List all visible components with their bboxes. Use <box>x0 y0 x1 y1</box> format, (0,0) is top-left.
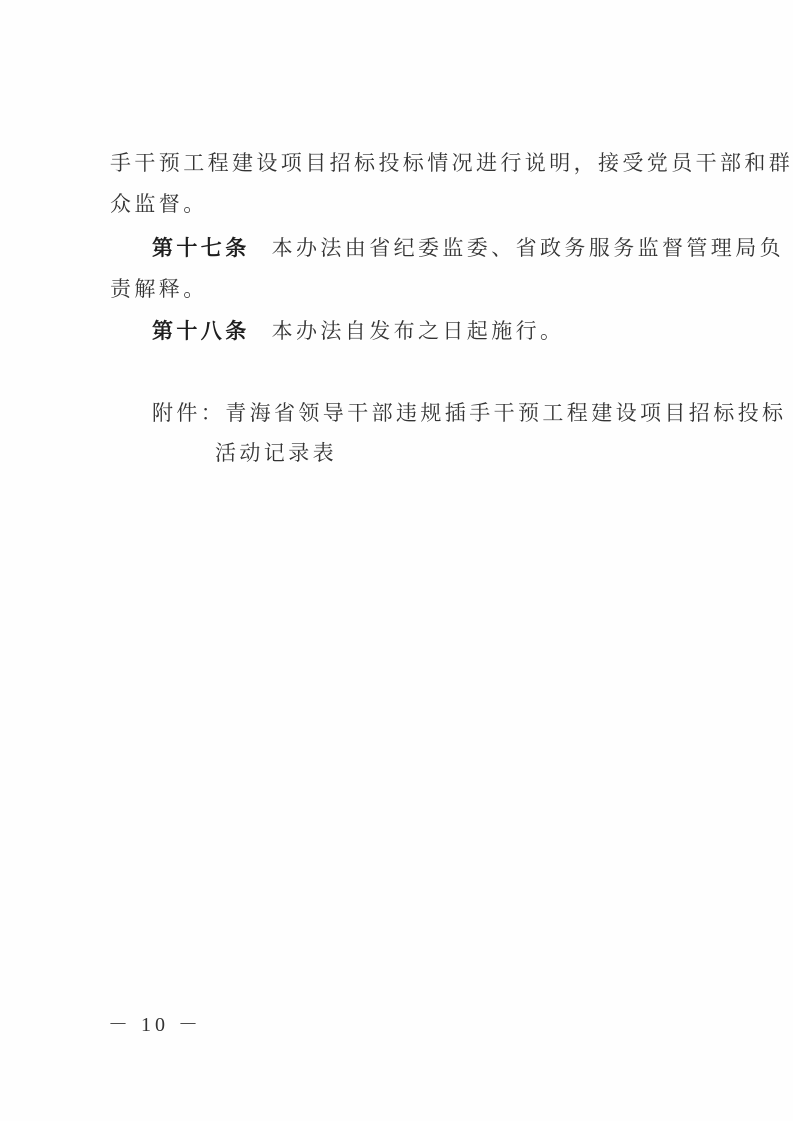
document-page: 手干预工程建设项目招标投标情况进行说明，接受党员干部和群 众监督。 第十七条本办… <box>0 0 793 1121</box>
paragraph-line: 责解释。 <box>110 276 208 302</box>
article-heading: 第十七条 <box>152 235 250 260</box>
article-17: 第十七条本办法由省纪委监委、省政务服务监督管理局负 <box>152 235 784 261</box>
attachment-line: 附件：青海省领导干部违规插手干预工程建设项目招标投标 <box>152 400 786 426</box>
attachment-label: 附件： <box>152 401 225 425</box>
attachment-title-continued: 活动记录表 <box>215 440 337 466</box>
article-text: 本办法自发布之日起施行。 <box>272 319 565 343</box>
paragraph-line: 众监督。 <box>110 191 208 217</box>
page-number: － 10 － <box>108 1008 202 1037</box>
paragraph-line: 手干预工程建设项目招标投标情况进行说明，接受党员干部和群 <box>110 150 793 176</box>
attachment-title: 青海省领导干部违规插手干预工程建设项目招标投标 <box>225 401 786 425</box>
article-heading: 第十八条 <box>152 318 250 343</box>
article-text: 本办法由省纪委监委、省政务服务监督管理局负 <box>272 236 784 260</box>
article-18: 第十八条本办法自发布之日起施行。 <box>152 318 564 344</box>
